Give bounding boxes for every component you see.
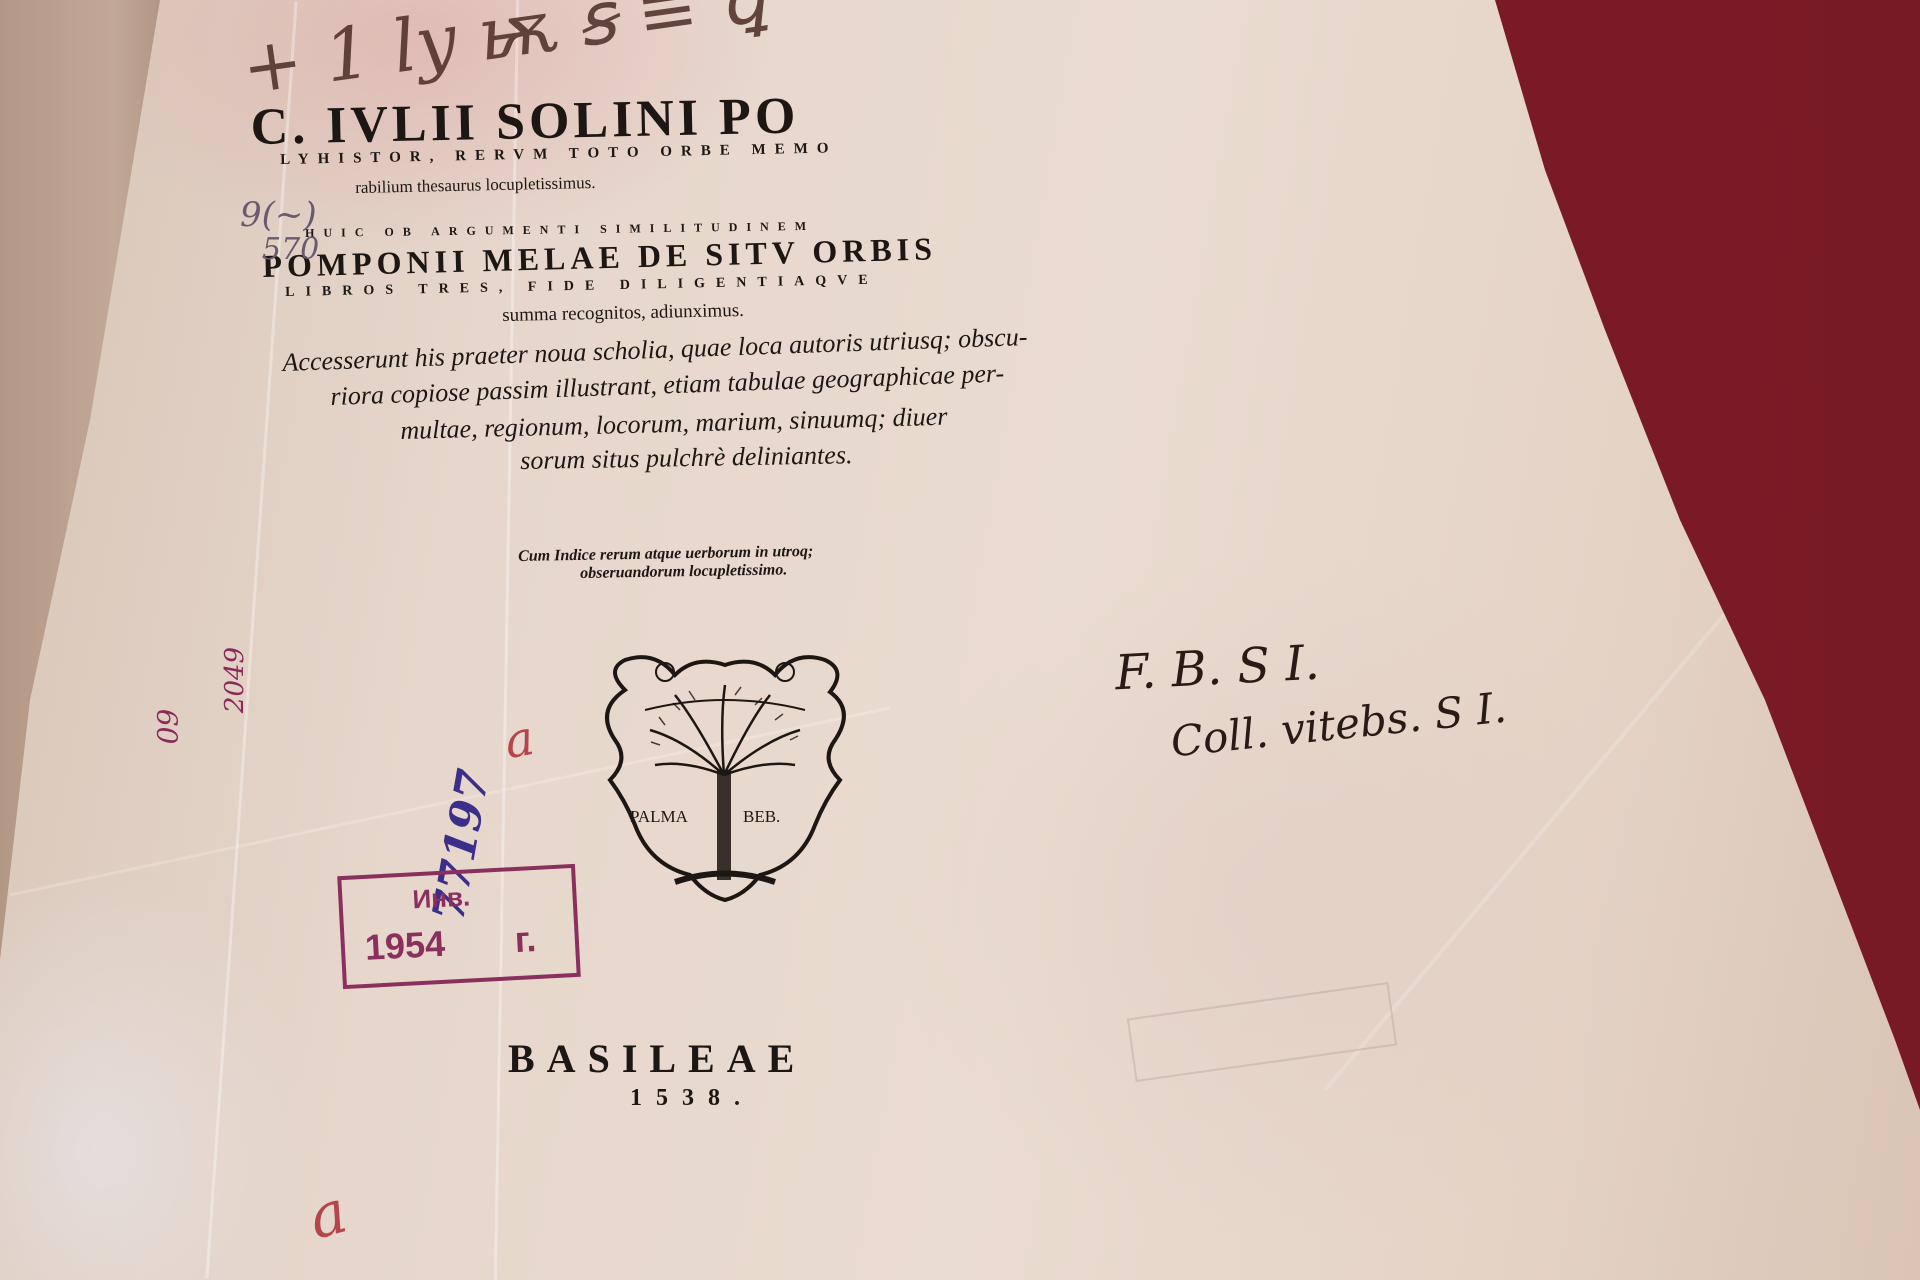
red-mark-upper: a: [500, 710, 538, 770]
page-fold-crease: [205, 1, 297, 1278]
palm-tree-cartouche-icon: PALMA BEB.: [585, 650, 865, 920]
stamp-suffix: г.: [514, 918, 538, 961]
provenance-line: F. B. S I.: [1114, 635, 1321, 702]
stamp-year: 1954: [364, 923, 446, 969]
shelfmark-upper: 9(~): [240, 195, 317, 235]
italic-paragraph-line: multae, regionum, locorum, marium, sinuu…: [400, 402, 948, 446]
shelfmark-lower: 570: [262, 232, 319, 267]
italic-paragraph-line: sorum situs pulchrè deliniantes.: [520, 440, 853, 476]
photo-scene: + 1 ly ѭ ꞩ ≡ ꝗ C. IVLII SOLINI PO LYHIST…: [0, 0, 1920, 1280]
printer-mark: PALMA BEB.: [585, 650, 865, 920]
inventory-stamp: Инв. 1954 г.: [337, 864, 581, 989]
imprint-city: BASILEAE: [508, 1035, 806, 1082]
index-note-line: obseruandorum locupletissimo.: [580, 561, 787, 583]
printer-mark-left-label: PALMA: [630, 807, 689, 826]
red-mark-lower: a: [302, 1177, 355, 1254]
stamp-label: Инв.: [412, 881, 471, 915]
faint-library-stamp: [1127, 982, 1397, 1082]
subtitle-roman: rabilium thesaurus locupletissimus.: [355, 173, 596, 198]
second-roman: summa recognitos, adiunximus.: [502, 300, 744, 327]
margin-number-2049: 2049: [220, 647, 250, 713]
imprint-year: 1538.: [630, 1085, 754, 1112]
printer-mark-right-label: BEB.: [743, 807, 780, 826]
margin-number-09: 09: [151, 709, 184, 745]
